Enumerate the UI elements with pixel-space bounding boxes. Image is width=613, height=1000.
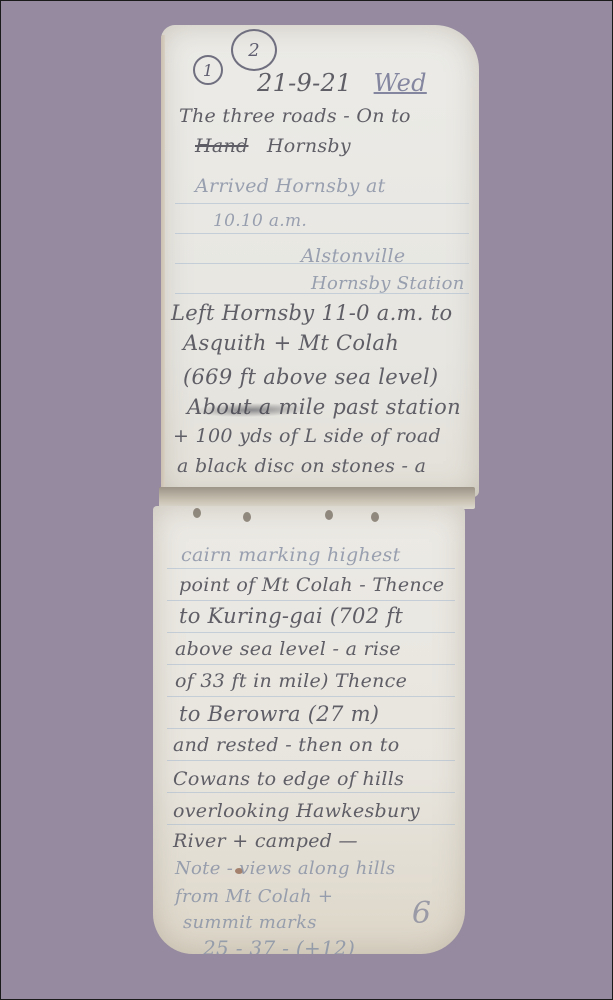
diary-weekday: Wed: [374, 69, 427, 97]
ruled-line: [167, 824, 455, 825]
ruled-line: [167, 568, 455, 569]
diary-line: cairn marking highest: [181, 544, 401, 566]
diary-line: and rested - then on to: [173, 734, 399, 756]
diary-line: The three roads - On to: [179, 105, 411, 127]
ruled-line: [167, 664, 455, 665]
diary-line: to Kuring-gai (702 ft: [179, 604, 403, 628]
circled-page-marker-2: 2: [231, 29, 277, 71]
diary-line: overlooking Hawkesbury: [173, 800, 420, 822]
diary-line: above sea level - a rise: [175, 638, 401, 660]
ruled-line: [175, 203, 469, 204]
diary-line: Note - views along hills: [175, 858, 395, 879]
diary-line: 10.10 a.m.: [213, 211, 307, 231]
diary-date: 21-9-21: [257, 69, 352, 97]
diary-line: from Mt Colah +: [175, 886, 333, 907]
diary-line: River + camped —: [173, 830, 358, 852]
struck-word: Hand: [195, 135, 249, 157]
circled-page-marker-1: 1: [193, 55, 223, 85]
page-number: 6: [412, 896, 431, 931]
diary-line: summit marks: [183, 912, 317, 933]
diary-line: Left Hornsby 11-0 a.m. to: [171, 301, 452, 325]
diary-line: a black disc on stones - a: [177, 455, 426, 477]
diary-word: Hornsby: [267, 135, 351, 157]
ruled-line: [175, 233, 469, 234]
diary-date-line: 21-9-21 Wed: [257, 69, 427, 97]
ruled-line: [167, 760, 455, 761]
diary-line: of 33 ft in mile) Thence: [175, 670, 407, 692]
binding-hole: [371, 512, 379, 522]
diary-sum-line: 25 - 37 - (+12): [203, 936, 355, 954]
upper-notebook-page: 1 2 21-9-21 Wed The three roads - On to …: [161, 25, 479, 497]
ruled-line: [167, 600, 455, 601]
pencil-smudge: [191, 402, 311, 418]
lower-notebook-page: cairn marking highest point of Mt Colah …: [153, 506, 465, 954]
binding-hole: [243, 512, 251, 522]
diary-line: Arrived Hornsby at: [195, 175, 386, 197]
binding-hole: [193, 508, 201, 518]
ruled-line: [167, 632, 455, 633]
ruled-line: [167, 728, 455, 729]
diary-line: (669 ft above sea level): [183, 365, 438, 389]
binding-hole: [325, 510, 333, 520]
diary-line: Cowans to edge of hills: [173, 768, 404, 790]
diary-line: Hand Hornsby: [195, 135, 351, 157]
ruled-line: [167, 792, 455, 793]
diary-line: point of Mt Colah - Thence: [179, 574, 444, 596]
diary-line: Asquith + Mt Colah: [183, 331, 399, 355]
diary-line: Alstonville: [301, 245, 405, 267]
diary-line: Hornsby Station: [311, 273, 465, 294]
diary-line: + 100 yds of L side of road: [173, 425, 441, 447]
diary-line: to Berowra (27 m): [179, 702, 379, 726]
ruled-line: [167, 696, 455, 697]
